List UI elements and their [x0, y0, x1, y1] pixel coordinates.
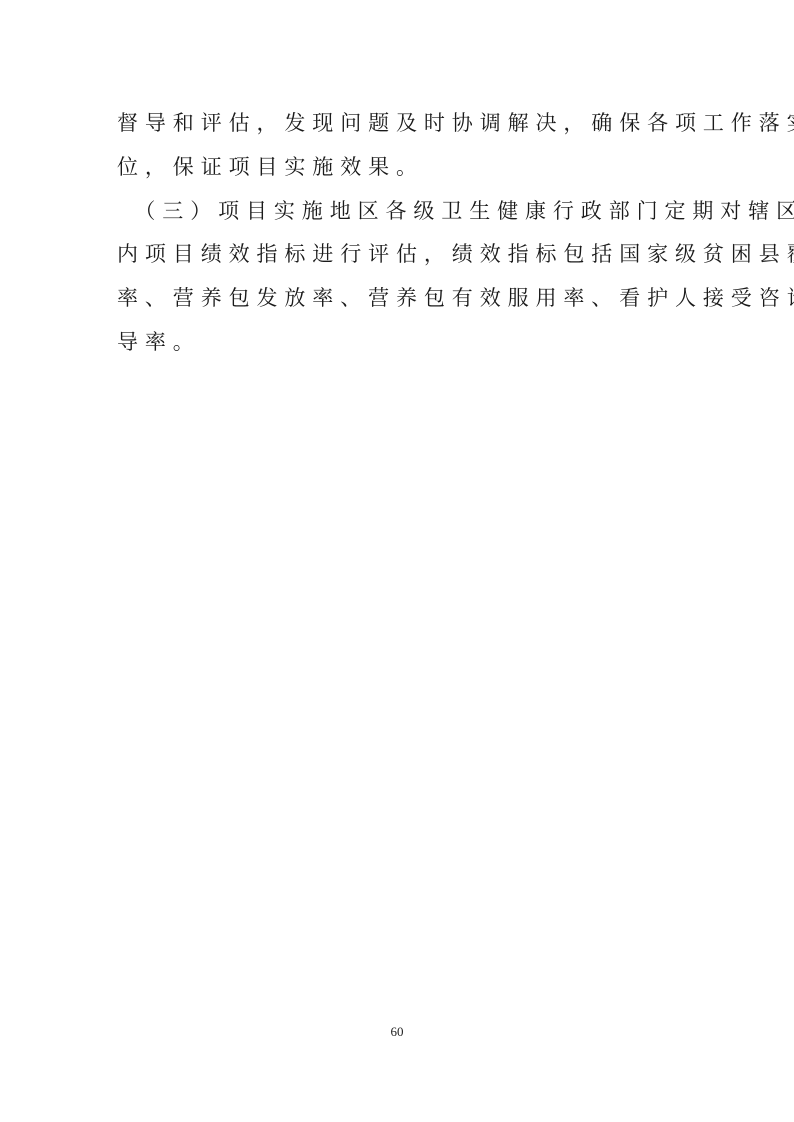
- document-body: 督导和评估，发现问题及时协调解决，确保各项工作落实到 位，保证项目实施效果。 （…: [117, 102, 679, 365]
- text-line: 导率。: [117, 321, 679, 365]
- text-line: 率、营养包发放率、营养包有效服用率、看护人接受咨询指: [117, 277, 679, 321]
- text-line: 位，保证项目实施效果。: [117, 146, 679, 190]
- paragraph-continuation: 督导和评估，发现问题及时协调解决，确保各项工作落实到 位，保证项目实施效果。: [117, 102, 679, 190]
- text-line: （三）项目实施地区各级卫生健康行政部门定期对辖区: [117, 190, 679, 234]
- text-line: 督导和评估，发现问题及时协调解决，确保各项工作落实到: [117, 102, 679, 146]
- page-number: 60: [0, 1024, 794, 1040]
- paragraph-section-3: （三）项目实施地区各级卫生健康行政部门定期对辖区 内项目绩效指标进行评估，绩效指…: [117, 190, 679, 365]
- text-line: 内项目绩效指标进行评估，绩效指标包括国家级贫困县覆盖: [117, 233, 679, 277]
